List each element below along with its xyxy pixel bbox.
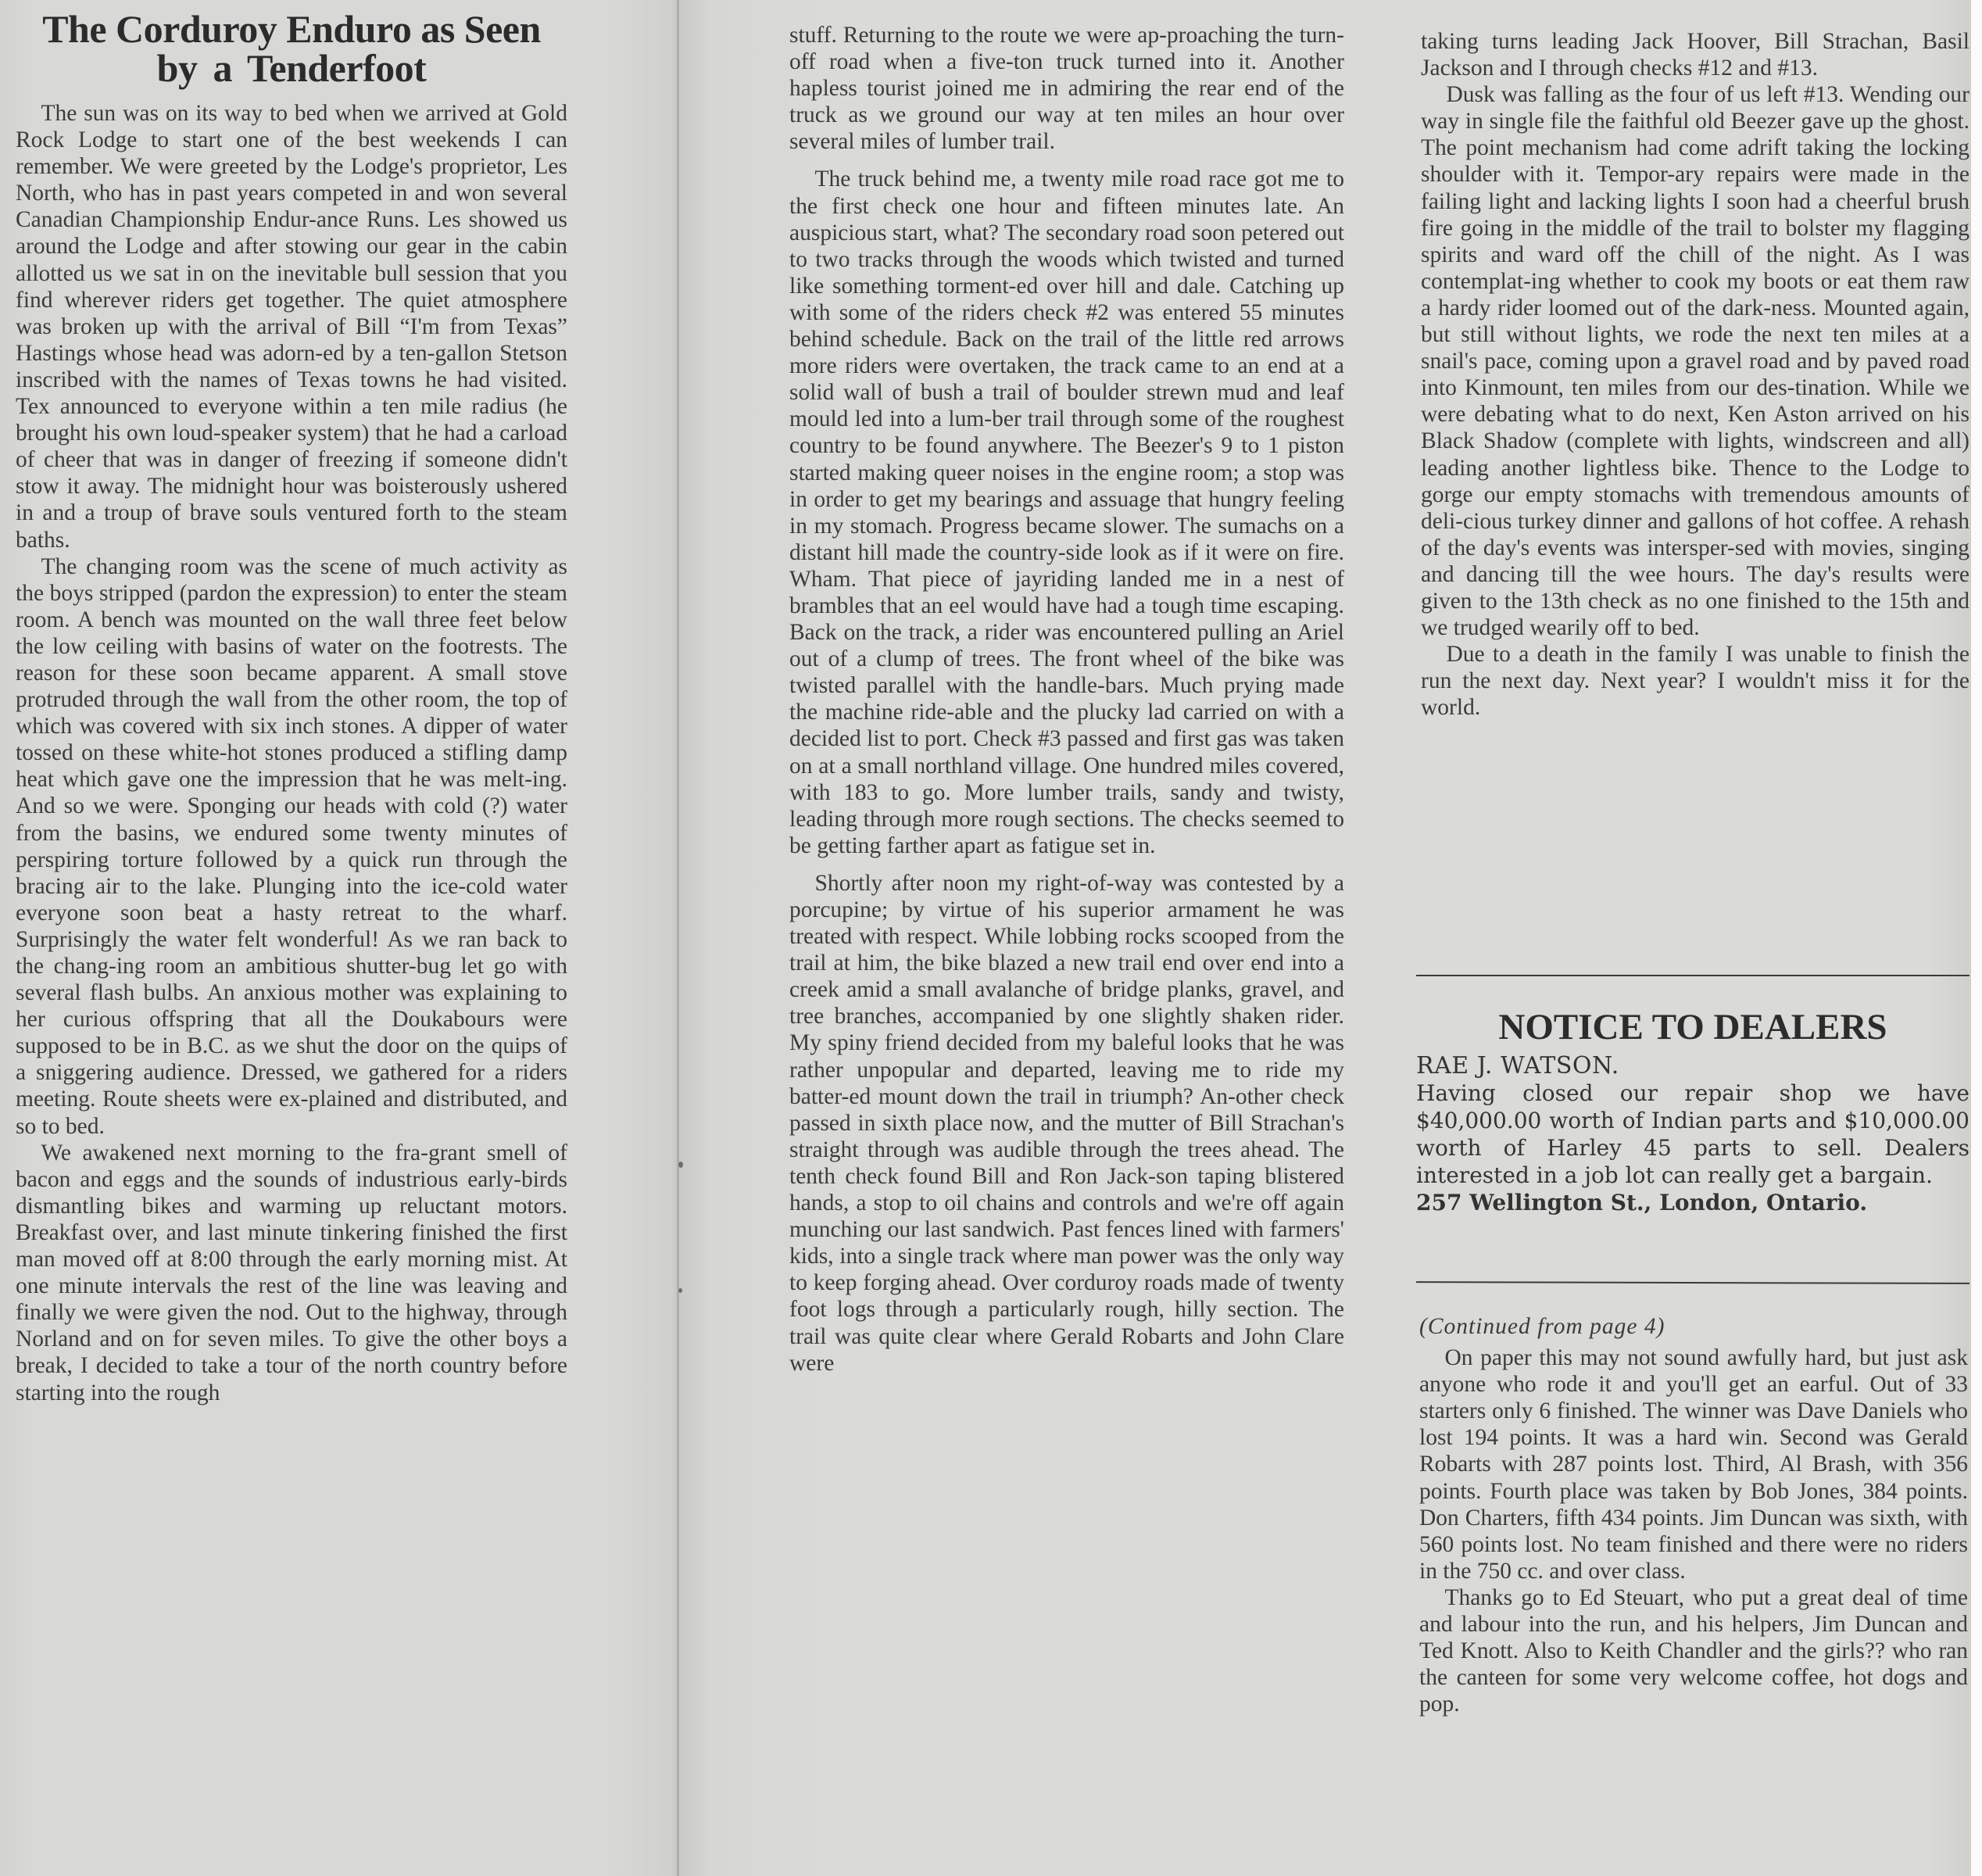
staple-mark: [678, 1162, 683, 1168]
paragraph: Shortly after noon my right-of-way was c…: [789, 870, 1344, 1377]
paragraph: We awakened next morning to the fra-gran…: [16, 1140, 567, 1406]
paragraph: On paper this may not sound awfully hard…: [1419, 1344, 1968, 1584]
page-gutter-fold: [677, 0, 679, 1876]
article-title-line-1: The Corduroy Enduro as Seen: [16, 9, 567, 48]
paragraph: Dusk was falling as the four of us left …: [1421, 81, 1969, 641]
article-title-line-2: by a Tenderfoot: [16, 48, 567, 88]
article-column-1: The sun was on its way to bed when we ar…: [16, 100, 567, 1406]
divider-rule: [1416, 975, 1969, 976]
paragraph: The sun was on its way to bed when we ar…: [16, 100, 567, 553]
paragraph: taking turns leading Jack Hoover, Bill S…: [1421, 28, 1969, 81]
article-title: The Corduroy Enduro as Seen by a Tenderf…: [16, 9, 567, 88]
paragraph: stuff. Returning to the route we were ap…: [789, 22, 1344, 155]
continued-from-label: (Continued from page 4): [1419, 1313, 1968, 1340]
continued-section: (Continued from page 4) On paper this ma…: [1419, 1313, 1968, 1717]
staple-mark: [678, 1288, 682, 1293]
notice-address: 257 Wellington St., London, Ontario.: [1416, 1189, 1969, 1216]
dealer-notice: RAE J. WATSON. Having closed our repair …: [1416, 1052, 1969, 1216]
paragraph: The truck behind me, a twenty mile road …: [789, 166, 1344, 858]
notice-advertiser-name: RAE J. WATSON.: [1416, 1052, 1969, 1079]
article-column-2: stuff. Returning to the route we were ap…: [789, 22, 1344, 1377]
article-column-3: taking turns leading Jack Hoover, Bill S…: [1421, 28, 1969, 721]
notice-title: NOTICE TO DEALERS: [1416, 1007, 1969, 1047]
notice-body-text: Having closed our repair shop we have $4…: [1416, 1079, 1969, 1189]
paragraph: Thanks go to Ed Steuart, who put a great…: [1419, 1584, 1968, 1717]
paragraph: Due to a death in the family I was unabl…: [1421, 641, 1969, 721]
paragraph: The changing room was the scene of much …: [16, 553, 567, 1140]
